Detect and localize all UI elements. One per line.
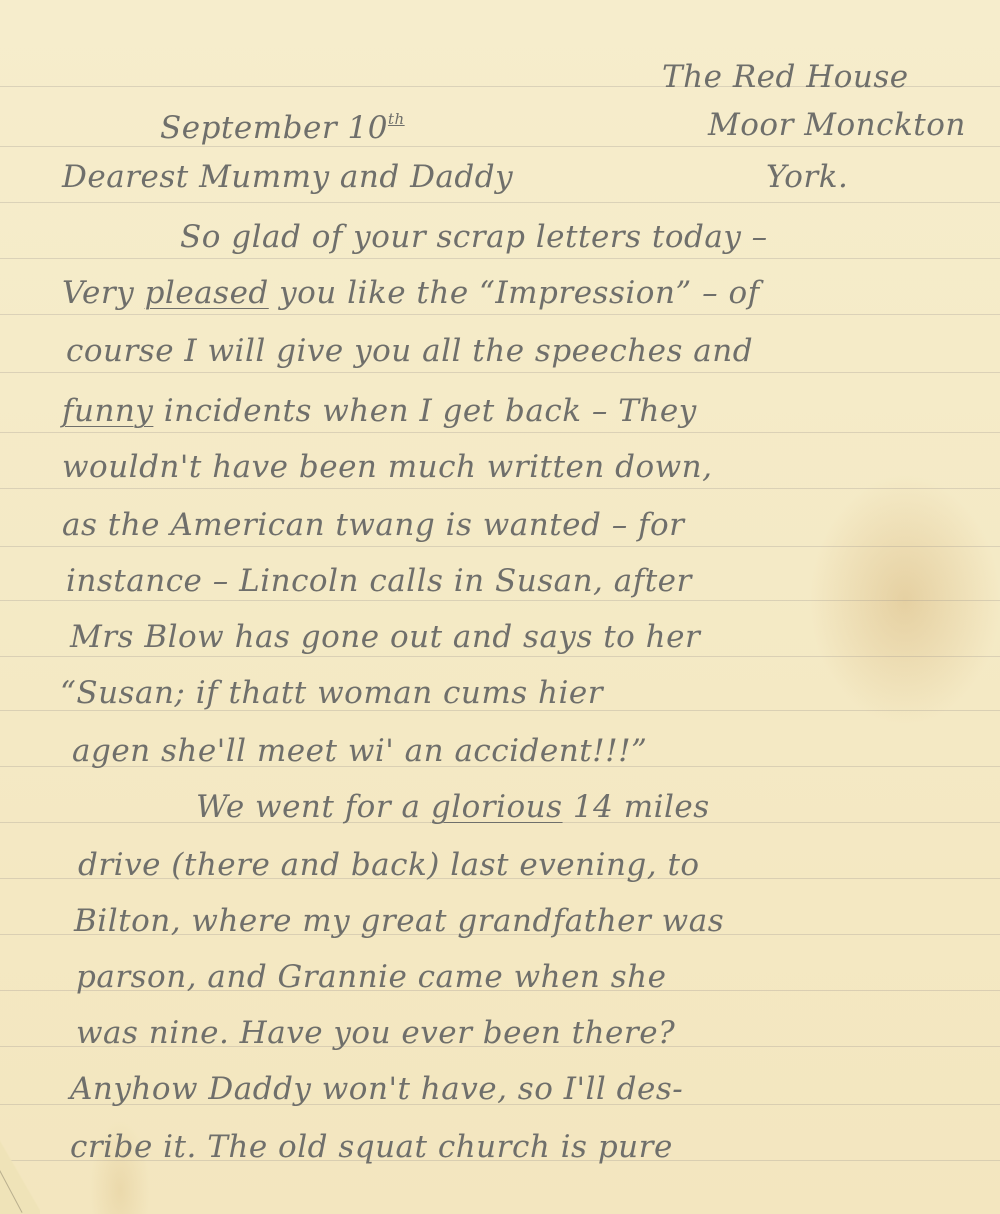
underlined-word: glorious <box>431 789 563 825</box>
body-line: “Susan; if thatt woman cums hier <box>60 678 603 709</box>
body-line: instance – Lincoln calls in Susan, after <box>66 566 692 597</box>
rule-line <box>0 656 1000 657</box>
body-line: drive (there and back) last evening, to <box>78 850 700 881</box>
folded-corner <box>0 1134 40 1214</box>
body-line: parson, and Grannie came when she <box>76 962 666 993</box>
rule-line <box>0 146 1000 147</box>
rule-line <box>0 488 1000 489</box>
body-line: cribe it. The old squat church is pure <box>70 1132 673 1163</box>
body-line: funny incidents when I get back – They <box>62 396 697 427</box>
rule-line <box>0 546 1000 547</box>
body-line: Very pleased you like the “Impression” –… <box>62 278 760 309</box>
body-line: Mrs Blow has gone out and says to her <box>70 622 700 653</box>
rule-line <box>0 432 1000 433</box>
letter-date: September 10th <box>160 112 405 144</box>
rule-line <box>0 258 1000 259</box>
body-line: course I will give you all the speeches … <box>66 336 753 367</box>
rule-line <box>0 372 1000 373</box>
rule-line <box>0 202 1000 203</box>
address-line-3: York. <box>766 162 848 193</box>
body-line: Anyhow Daddy won't have, so I'll des- <box>70 1074 683 1105</box>
body-line: was nine. Have you ever been there? <box>76 1018 675 1049</box>
body-line: wouldn't have been much written down, <box>62 452 713 483</box>
body-line: Bilton, where my great grandfather was <box>74 906 724 937</box>
body-line: as the American twang is wanted – for <box>62 510 685 541</box>
rule-line <box>0 314 1000 315</box>
date-suffix: th <box>388 110 405 128</box>
rule-line <box>0 600 1000 601</box>
salutation: Dearest Mummy and Daddy <box>62 162 513 193</box>
underlined-word: pleased <box>145 275 269 311</box>
underlined-word: funny <box>62 393 153 429</box>
date-text: September 10 <box>160 110 388 146</box>
address-line-2: Moor Monckton <box>708 110 966 141</box>
body-line: agen she'll meet wi' an accident!!!” <box>72 736 647 767</box>
address-line-1: The Red House <box>662 62 909 93</box>
body-line: We went for a glorious 14 miles <box>196 792 710 823</box>
body-line: So glad of your scrap letters today – <box>180 222 768 253</box>
